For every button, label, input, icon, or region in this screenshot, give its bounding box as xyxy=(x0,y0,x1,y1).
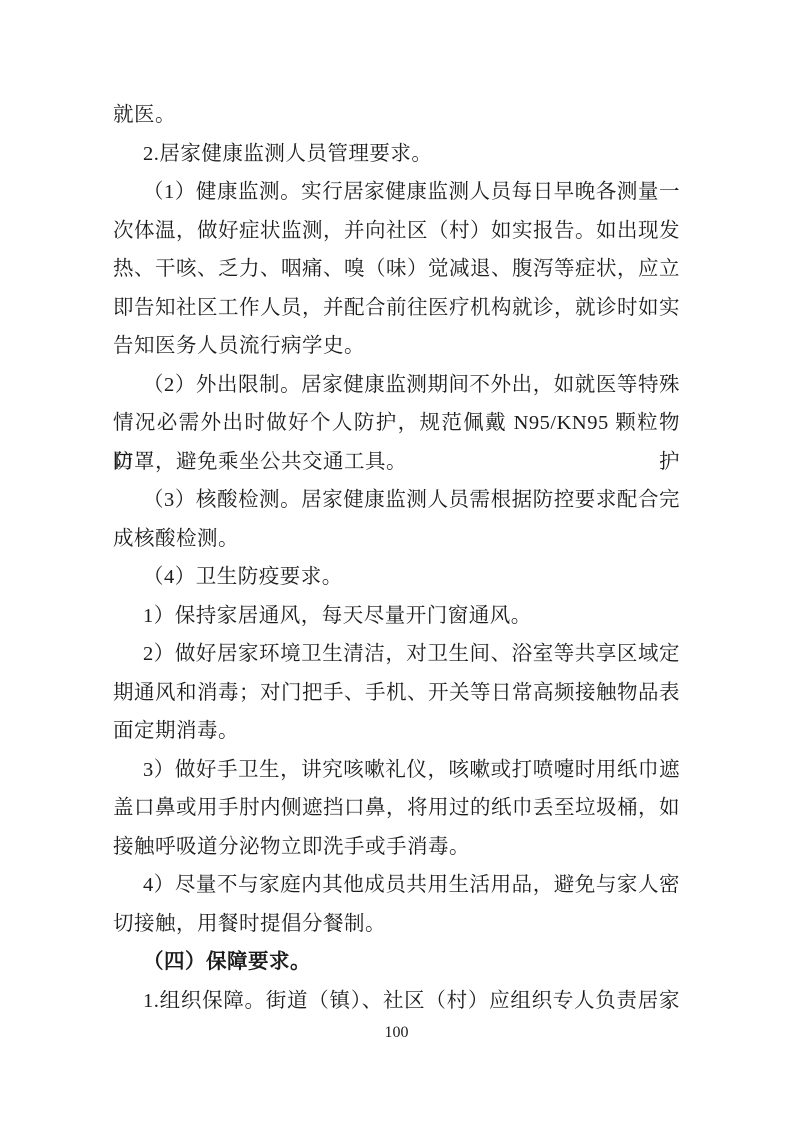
text-line: 接触呼吸道分泌物立即洗手或手消毒。 xyxy=(113,828,680,867)
text-line: 告知医务人员流行病学史。 xyxy=(113,327,680,366)
text-line: 期通风和消毒；对门把手、手机、开关等日常高频接触物品表 xyxy=(113,674,680,713)
page-number: 100 xyxy=(0,1022,793,1044)
text-line: （四）保障要求。 xyxy=(113,943,680,982)
text-line: 面定期消毒。 xyxy=(113,712,680,751)
text-line: 4）尽量不与家庭内其他成员共用生活用品，避免与家人密 xyxy=(113,866,680,905)
text-line: （4）卫生防疫要求。 xyxy=(113,558,680,597)
text-line: （1）健康监测。实行居家健康监测人员每日早晚各测量一 xyxy=(113,173,680,212)
text-line: （3）核酸检测。居家健康监测人员需根据防控要求配合完 xyxy=(113,481,680,520)
text-line: 1）保持家居通风，每天尽量开门窗通风。 xyxy=(113,597,680,636)
text-line: 情况必需外出时做好个人防护，规范佩戴 N95/KN95 颗粒物防护 xyxy=(113,404,680,443)
text-line: 3）做好手卫生，讲究咳嗽礼仪，咳嗽或打喷嚏时用纸巾遮 xyxy=(113,751,680,790)
document-body: 就医。2.居家健康监测人员管理要求。（1）健康监测。实行居家健康监测人员每日早晚… xyxy=(113,96,680,1020)
text-line: 次体温，做好症状监测，并向社区（村）如实报告。如出现发 xyxy=(113,212,680,251)
document-page: 就医。2.居家健康监测人员管理要求。（1）健康监测。实行居家健康监测人员每日早晚… xyxy=(0,0,793,1122)
text-line: （2）外出限制。居家健康监测期间不外出，如就医等特殊 xyxy=(113,366,680,405)
text-line: 盖口鼻或用手肘内侧遮挡口鼻，将用过的纸巾丢至垃圾桶，如 xyxy=(113,789,680,828)
text-line: 热、干咳、乏力、咽痛、嗅（味）觉减退、腹泻等症状，应立 xyxy=(113,250,680,289)
text-line: 2）做好居家环境卫生清洁，对卫生间、浴室等共享区域定 xyxy=(113,635,680,674)
text-line: 即告知社区工作人员，并配合前往医疗机构就诊，就诊时如实 xyxy=(113,289,680,328)
text-line: 切接触，用餐时提倡分餐制。 xyxy=(113,905,680,944)
text-line: 就医。 xyxy=(113,96,680,135)
text-line: 2.居家健康监测人员管理要求。 xyxy=(113,135,680,174)
text-line: 成核酸检测。 xyxy=(113,520,680,559)
text-line: 1.组织保障。街道（镇）、社区（村）应组织专人负责居家 xyxy=(113,982,680,1021)
